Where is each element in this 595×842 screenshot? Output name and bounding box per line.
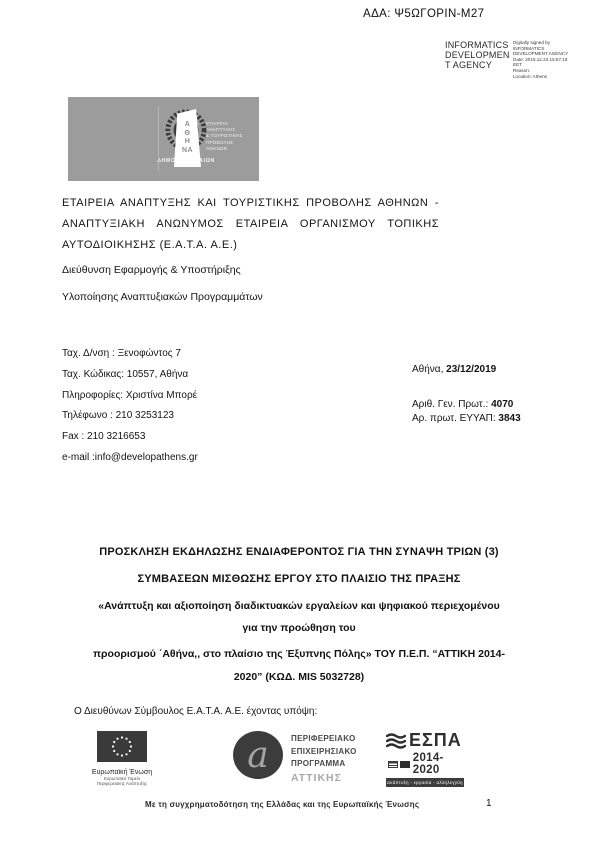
contact-block: Ταχ. Δ/νση : Ξενοφώντος 7 Ταχ. Κώδικας: … bbox=[62, 344, 198, 469]
contact-fax: Fax : 210 3216653 bbox=[62, 427, 198, 448]
espa-tagline: ανάπτυξη - εργασία - αλληλεγγύη bbox=[386, 778, 464, 787]
eu-fund-line-2: Περιφερειακής Ανάπτυξης bbox=[90, 781, 154, 786]
document-title-line-1: ΠΡΟΣΚΛΗΣΗ ΕΚΔΗΛΩΣΗΣ ΕΝΔΙΑΦΕΡΟΝΤΟΣ ΓΙΑ ΤΗ… bbox=[55, 546, 543, 558]
regional-programme-logo: a ΠΕΡΙΦΕΡΕΙΑΚΟ ΕΠΙΧΕΙΡΗΣΙΑΚΟ ΠΡΟΓΡΑΜΜΑ Α… bbox=[231, 730, 357, 785]
department-line-2: Υλοποίησης Αναπτυξιακών Προγραμμάτων bbox=[62, 291, 263, 303]
contact-address: Ταχ. Δ/νση : Ξενοφώντος 7 bbox=[62, 344, 198, 365]
signature-details: Digitally signed by INFORMATICS DEVELOPM… bbox=[513, 40, 591, 79]
logo-divider bbox=[158, 107, 159, 171]
document-date: 23/12/2019 bbox=[446, 364, 496, 375]
document-page: ΑΔΑ: Ψ5ΩΓΟΡΙΝ-Μ27 INFORMATICS DEVELOPMEN… bbox=[0, 0, 595, 842]
protocol-eyyap-number-line: Αρ. πρωτ. ΕΥΥΑΠ: 3843 bbox=[412, 413, 521, 424]
regional-programme-text: ΠΕΡΙΦΕΡΕΙΑΚΟ ΕΠΙΧΕΙΡΗΣΙΑΚΟ ΠΡΟΓΡΑΜΜΑ ΑΤΤ… bbox=[291, 730, 357, 785]
eu-flag-logo: Ευρωπαϊκή Ένωση Ευρωπαϊκό Ταμείο Περιφερ… bbox=[90, 731, 154, 787]
page-number: 1 bbox=[486, 798, 492, 809]
espa-title: ΕΣΠΑ bbox=[409, 730, 462, 751]
eu-flag-mini-icon bbox=[400, 761, 410, 768]
signature-agency-name: INFORMATICS DEVELOPMEN T AGENCY bbox=[445, 40, 509, 79]
protocol-eyyap-number: 3843 bbox=[498, 413, 520, 424]
contact-email: e-mail :info@developathens.gr bbox=[62, 448, 198, 469]
digital-signature-block: INFORMATICS DEVELOPMEN T AGENCY Digitall… bbox=[445, 40, 591, 79]
espa-wave-icon bbox=[386, 733, 406, 749]
attiki-programme-icon: a bbox=[231, 730, 285, 780]
espa-years: 2014-2020 bbox=[413, 752, 464, 776]
cofinance-statement: Με τη συγχρηματοδότηση της Ελλάδας και τ… bbox=[145, 800, 419, 809]
greek-flag-icon bbox=[388, 761, 398, 768]
having-regard-line: Ο Διευθύνων Σύμβουλος Ε.Α.Τ.Α. Α.Ε. έχον… bbox=[74, 706, 317, 717]
contact-phone: Τηλέφωνο : 210 3253123 bbox=[62, 406, 198, 427]
department-line-1: Διεύθυνση Εφαρμογής & Υποστήριξης bbox=[62, 264, 241, 276]
contact-info-person: Πληροφορίες: Χριστίνα Μπορέ bbox=[62, 386, 198, 407]
contact-postal-code: Ταχ. Κώδικας: 10557, Αθήνα bbox=[62, 365, 198, 386]
document-title-line-5: προορισμού ΄Αθήνα,, στο πλαίσιο της Έξυπ… bbox=[55, 648, 543, 660]
organization-name: ΕΤΑΙΡΕΙΑ ΑΝΑΠΤΥΞΗΣ ΚΑΙ ΤΟΥΡΙΣΤΙΚΗΣ ΠΡΟΒΟ… bbox=[62, 193, 439, 256]
document-title-line-3: «Ανάπτυξη και αξιοποίηση διαδικτυακών ερ… bbox=[55, 600, 543, 612]
document-title-line-6: 2020” (ΚΩΔ. MIS 5032728) bbox=[55, 671, 543, 683]
ada-code: ΑΔΑ: Ψ5ΩΓΟΡΙΝ-Μ27 bbox=[363, 8, 484, 20]
header-logo-box: ΔΗΜΟΣ ΑΘΗΝΑΙΩΝ Α Θ Η ΝΑ ΕΤΑΙΡΕΙΑ ΑΝΑΠΤΥΞ… bbox=[68, 97, 259, 181]
document-date-line: Αθήνα, 23/12/2019 bbox=[412, 364, 496, 375]
document-title-line-4: για την προώθηση του bbox=[55, 622, 543, 634]
athina-logo-caption: ΕΤΑΙΡΕΙΑ ΑΝΑΠΤΥΞΗΣ & ΤΟΥΡΙΣΤΙΚΗΣ ΠΡΟΒΟΛΗ… bbox=[206, 121, 254, 152]
espa-logo: ΕΣΠΑ 2014-2020 ανάπτυξη - εργασία - αλλη… bbox=[386, 730, 464, 787]
document-title-line-2: ΣΥΜΒΑΣΕΩΝ ΜΙΣΘΩΣΗΣ ΕΡΓΟΥ ΣΤΟ ΠΛΑΙΣΙΟ ΤΗΣ… bbox=[55, 573, 543, 585]
eu-label: Ευρωπαϊκή Ένωση bbox=[90, 769, 154, 776]
svg-text:a: a bbox=[247, 735, 268, 776]
protocol-general-number: 4070 bbox=[491, 399, 513, 410]
protocol-general-number-line: Αριθ. Γεν. Πρωτ.: 4070 bbox=[412, 399, 513, 410]
eu-flag-icon bbox=[97, 731, 147, 762]
